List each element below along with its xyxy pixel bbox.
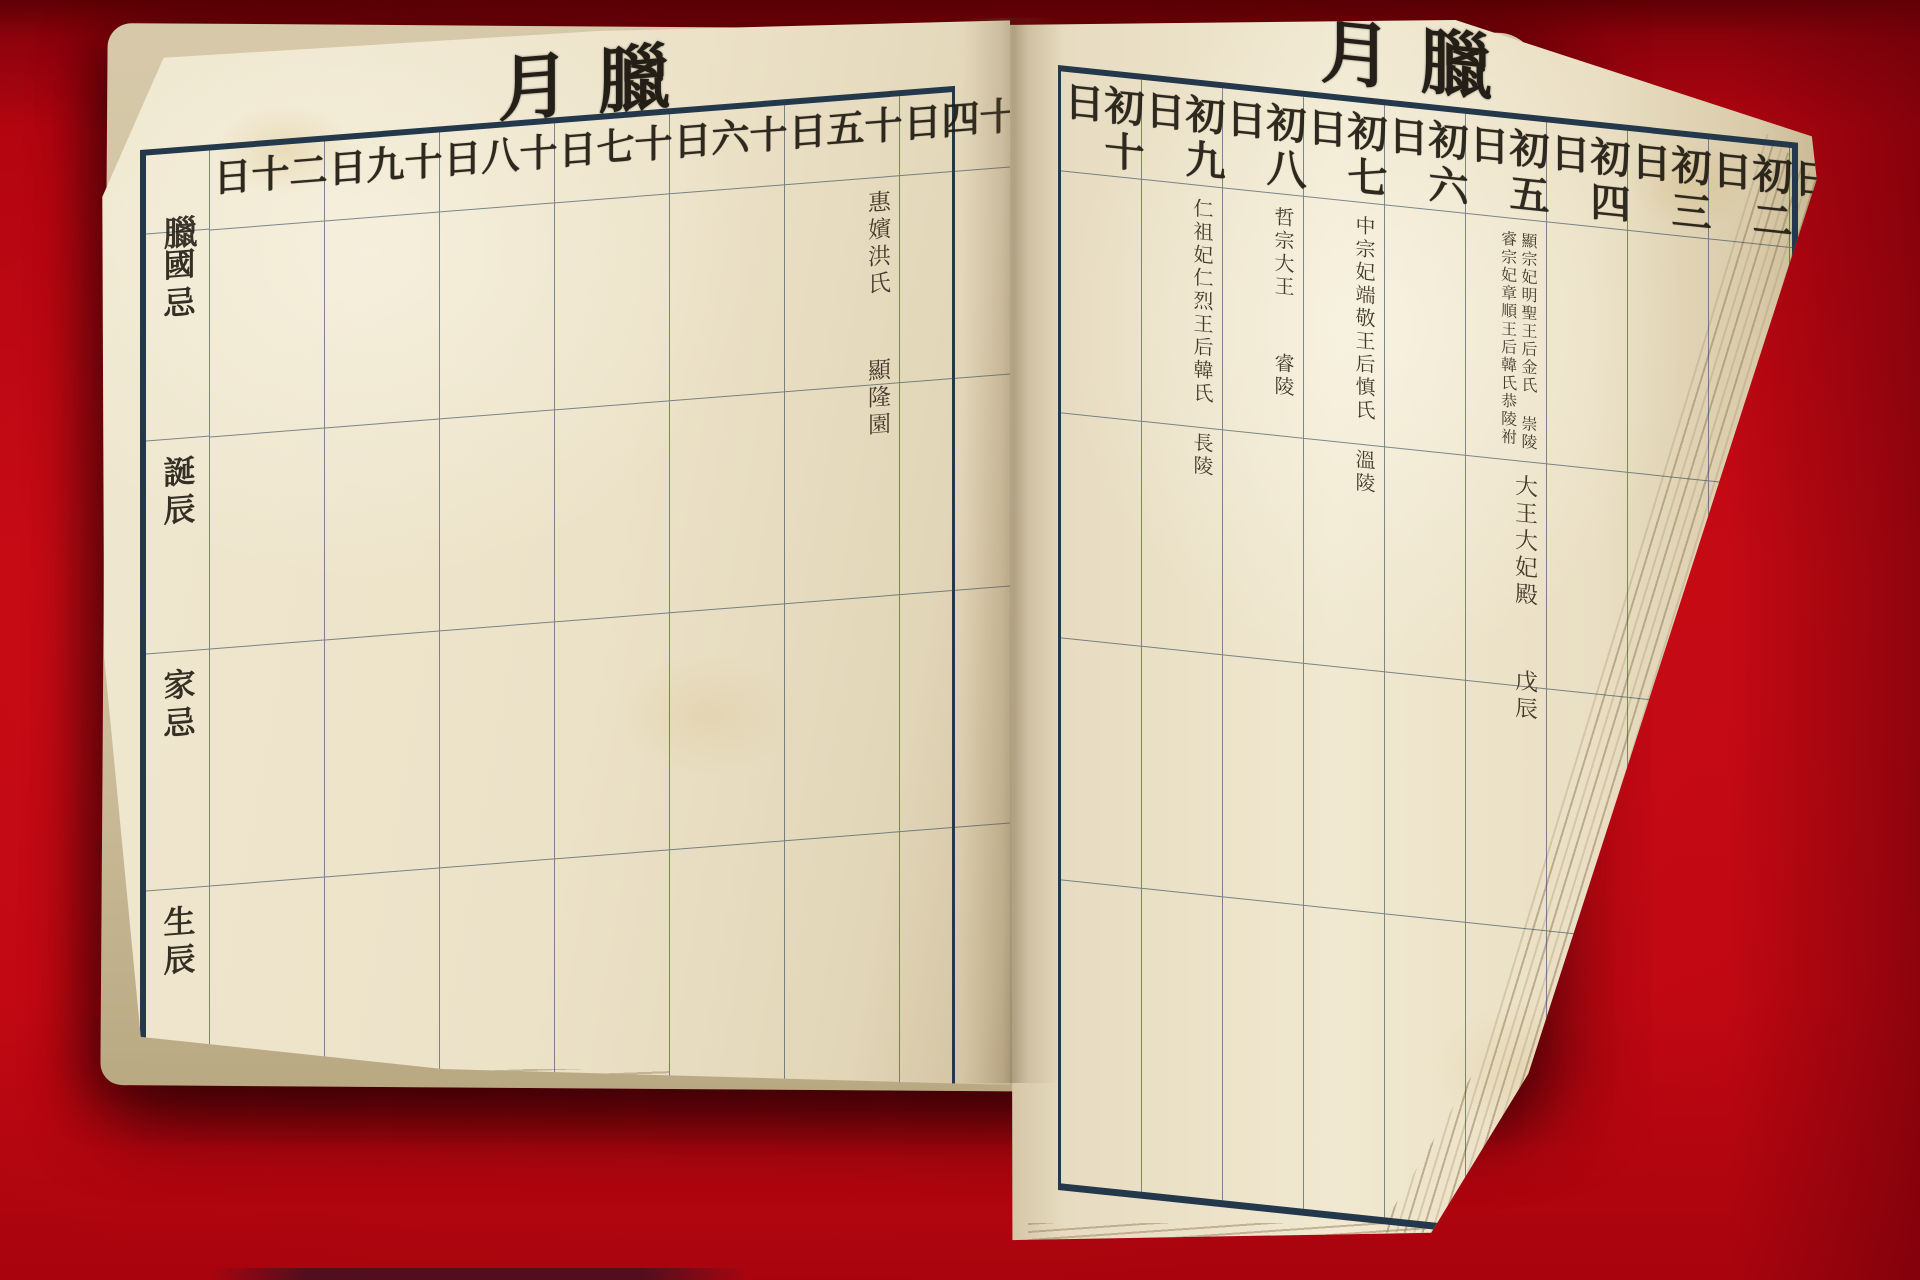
day-header-label: 十六日 bbox=[670, 113, 784, 193]
entry-line: 哲宗大王 睿陵 bbox=[1271, 205, 1294, 399]
day-header-label: 十五日 bbox=[785, 104, 899, 184]
right-page: 臘月 初一日初二日初三日初四日初五日顯宗妃明聖王后金氏 崇陵睿宗妃章順王后韓氏恭… bbox=[1010, 20, 1820, 1245]
table-cell bbox=[1223, 897, 1303, 1209]
table-cell bbox=[325, 868, 439, 1085]
day-header-label: 十九日 bbox=[325, 140, 439, 220]
table-cell bbox=[440, 623, 554, 869]
day-header-cell: 初一日 bbox=[1790, 148, 1820, 256]
table-cell bbox=[1142, 647, 1222, 897]
title-char: 臘 bbox=[1420, 25, 1492, 105]
page-title-right: 臘月 bbox=[1320, 20, 1492, 105]
handwritten-entry: 大王大妃殿 戊辰 bbox=[1509, 472, 1539, 724]
table-cell bbox=[1466, 923, 1546, 1235]
handwritten-entry: 惠嬪洪氏 顯隆園 bbox=[862, 189, 892, 440]
table-cell bbox=[1790, 715, 1820, 965]
day-header-label: 初四日 bbox=[1547, 130, 1627, 229]
table-cell bbox=[1547, 464, 1627, 698]
day-header-cell: 初七日 bbox=[1304, 97, 1384, 205]
day-header-cell: 十四日 bbox=[900, 87, 1010, 176]
day-header-cell: 十九日 bbox=[325, 132, 439, 221]
table-cell bbox=[670, 841, 784, 1085]
table-cell: 哲宗大王 睿陵 bbox=[1223, 188, 1303, 438]
table-cell bbox=[1061, 413, 1141, 647]
row-label: 生辰 bbox=[162, 903, 194, 982]
table-cell bbox=[1547, 222, 1627, 472]
table-cell bbox=[1628, 698, 1708, 948]
table-cell bbox=[1547, 689, 1627, 939]
page-title-left: 臘月 bbox=[498, 40, 670, 126]
table-cell bbox=[1628, 231, 1708, 481]
handwritten-entry: 仁祖妃仁烈王后韓氏 長陵 bbox=[1188, 197, 1215, 480]
table-cell bbox=[325, 420, 439, 641]
day-header-label: 初七日 bbox=[1304, 105, 1384, 204]
left-page-table: 臘月 臘國忌誕辰家忌生辰十一日七代祖妣豊壤趙氏 甲午十二日十三日十四日十五日惠嬪… bbox=[140, 86, 955, 1085]
title-char: 臘 bbox=[598, 40, 670, 118]
row-label: 家忌 bbox=[162, 666, 194, 745]
day-column-5: 初五日顯宗妃明聖王后金氏 崇陵睿宗妃章順王后韓氏恭陵祔大王大妃殿 戊辰 bbox=[1466, 114, 1547, 1235]
day-column-10: 二十日 bbox=[210, 141, 325, 1085]
table-cell bbox=[1628, 940, 1708, 1245]
entry-line: 惠嬪洪氏 顯隆園 bbox=[864, 189, 890, 440]
day-header-cell: 初二日 bbox=[1709, 139, 1789, 247]
day-column-8: 十八日 bbox=[440, 123, 555, 1085]
table-cell bbox=[1223, 655, 1303, 905]
day-column-6: 初六日 bbox=[1385, 105, 1466, 1226]
row-label-cell: 家忌 bbox=[146, 649, 209, 891]
table-cell: 大王大妃殿 戊辰 bbox=[1466, 456, 1546, 690]
table-cell bbox=[1628, 473, 1708, 707]
table-cell bbox=[210, 429, 324, 650]
table-cell bbox=[1061, 880, 1141, 1192]
day-columns: 初一日初二日初三日初四日初五日顯宗妃明聖王后金氏 崇陵睿宗妃章順王后韓氏恭陵祔大… bbox=[1061, 71, 1820, 1245]
day-header-cell: 十六日 bbox=[670, 105, 784, 194]
row-label: 國忌 bbox=[162, 247, 194, 326]
day-header-label: 初二日 bbox=[1709, 147, 1789, 246]
day-header-label: 初五日 bbox=[1466, 122, 1546, 221]
table-cell bbox=[900, 823, 1010, 1085]
title-char: 月 bbox=[1320, 20, 1392, 94]
table-cell bbox=[1385, 914, 1465, 1226]
table-cell bbox=[440, 411, 554, 632]
month-corner-label: 臘 bbox=[153, 213, 202, 251]
day-header-cell: 初三日 bbox=[1628, 131, 1708, 239]
table-cell bbox=[555, 614, 669, 860]
month-corner-cell: 臘 bbox=[146, 151, 209, 235]
day-header-label: 十八日 bbox=[440, 131, 554, 211]
table-cell bbox=[1142, 889, 1222, 1201]
day-column-4: 十四日 bbox=[900, 87, 1010, 1085]
handwritten-entry: 中宗妃端敬王后慎氏 溫陵 bbox=[1350, 214, 1377, 497]
day-header-label: 初十日 bbox=[1061, 79, 1141, 178]
right-page-table: 臘月 初一日初二日初三日初四日初五日顯宗妃明聖王后金氏 崇陵睿宗妃章順王后韓氏恭… bbox=[1058, 65, 1798, 1245]
day-header-label: 十七日 bbox=[555, 122, 669, 202]
table-cell bbox=[440, 203, 554, 419]
table-cell bbox=[1547, 931, 1627, 1243]
table-cell bbox=[555, 194, 669, 410]
row-label-cell: 國忌 bbox=[146, 230, 209, 442]
day-column-2: 初二日 bbox=[1709, 139, 1790, 1245]
day-header-cell: 二十日 bbox=[210, 142, 324, 231]
day-header-cell: 十五日 bbox=[785, 96, 899, 185]
day-header-cell: 初十日 bbox=[1061, 71, 1141, 179]
day-header-cell: 十八日 bbox=[440, 123, 554, 212]
row-label-cell: 誕辰 bbox=[146, 437, 209, 654]
row-label-column: 臘國忌誕辰家忌生辰 bbox=[146, 150, 210, 1085]
day-column-3: 初三日 bbox=[1628, 131, 1709, 1245]
table-cell bbox=[670, 392, 784, 613]
day-column-9: 十九日 bbox=[325, 132, 440, 1085]
table-cell bbox=[325, 212, 439, 428]
table-cell: 惠嬪洪氏 顯隆園 bbox=[785, 176, 899, 392]
entry-line: 睿宗妃章順王后韓氏恭陵祔 bbox=[1498, 229, 1516, 450]
day-column-6: 十六日 bbox=[670, 105, 785, 1085]
table-cell bbox=[1709, 239, 1789, 489]
table-cell bbox=[210, 222, 324, 438]
day-column-7: 十七日 bbox=[555, 114, 670, 1085]
day-header-label: 初三日 bbox=[1628, 139, 1708, 238]
entry-line: 大王大妃殿 戊辰 bbox=[1511, 472, 1537, 724]
handwritten-entry: 哲宗大王 睿陵 bbox=[1269, 205, 1296, 400]
day-header-label: 十四日 bbox=[900, 95, 1010, 175]
day-column-5: 十五日惠嬪洪氏 顯隆園 bbox=[785, 96, 900, 1085]
table-cell bbox=[1385, 205, 1465, 455]
day-header-cell: 初五日 bbox=[1466, 114, 1546, 222]
table-cell bbox=[785, 832, 899, 1085]
day-header-label: 初九日 bbox=[1142, 88, 1222, 187]
table-cell bbox=[900, 586, 1010, 832]
table-cell bbox=[555, 401, 669, 622]
table-cell: 仁祖妃仁烈王后韓氏 長陵 bbox=[1142, 180, 1222, 430]
table-cell bbox=[670, 604, 784, 850]
table-cell: 中宗妃端敬王后慎氏 溫陵 bbox=[1304, 197, 1384, 447]
table-cell: 顯宗妃明聖王后金氏 崇陵睿宗妃章順王后韓氏恭陵祔 bbox=[1466, 214, 1546, 464]
table-cell bbox=[1061, 171, 1141, 421]
table-cell bbox=[670, 185, 784, 401]
photo-canvas: 臘月 臘國忌誕辰家忌生辰十一日七代祖妣豊壤趙氏 甲午十二日十三日十四日十五日惠嬪… bbox=[0, 0, 1920, 1280]
table-cell bbox=[1790, 490, 1820, 724]
table-cell bbox=[1709, 948, 1789, 1245]
table-cell bbox=[785, 595, 899, 841]
left-page: 臘月 臘國忌誕辰家忌生辰十一日七代祖妣豊壤趙氏 甲午十二日十三日十四日十五日惠嬪… bbox=[95, 15, 1010, 1085]
day-column-9: 初九日仁祖妃仁烈王后韓氏 長陵 bbox=[1142, 80, 1223, 1201]
day-header-cell: 初八日 bbox=[1223, 88, 1303, 196]
table-cell bbox=[1385, 447, 1465, 681]
table-cell bbox=[1385, 672, 1465, 922]
table-cell bbox=[1709, 481, 1789, 715]
table-cell bbox=[900, 167, 1010, 383]
day-header-label: 初六日 bbox=[1385, 113, 1465, 212]
table-cell bbox=[440, 859, 554, 1085]
fabric-shadow bbox=[210, 1268, 750, 1280]
table-cell bbox=[555, 850, 669, 1085]
table-cell bbox=[1790, 248, 1820, 498]
entry-line: 顯宗妃明聖王后金氏 崇陵 bbox=[1519, 231, 1537, 452]
entry-line: 仁祖妃仁烈王后韓氏 長陵 bbox=[1190, 197, 1213, 479]
table-cell bbox=[1304, 906, 1384, 1218]
handwritten-entry: 顯宗妃明聖王后金氏 崇陵睿宗妃章順王后韓氏恭陵祔 bbox=[1496, 229, 1539, 452]
table-cell bbox=[900, 374, 1010, 595]
day-header-label: 二十日 bbox=[210, 150, 324, 230]
day-column-7: 初七日中宗妃端敬王后慎氏 溫陵 bbox=[1304, 97, 1385, 1218]
table-cell bbox=[1709, 706, 1789, 956]
day-columns: 十一日七代祖妣豊壤趙氏 甲午十二日十三日十四日十五日惠嬪洪氏 顯隆園十六日十七日… bbox=[210, 60, 1010, 1085]
day-header-cell: 十七日 bbox=[555, 114, 669, 203]
day-header-cell: 初六日 bbox=[1385, 105, 1465, 213]
table-cell bbox=[210, 641, 324, 887]
day-header-cell: 初四日 bbox=[1547, 122, 1627, 230]
table-cell bbox=[1304, 664, 1384, 914]
table-cell bbox=[1790, 957, 1820, 1245]
day-header-label: 初八日 bbox=[1223, 96, 1303, 195]
day-header-cell: 初九日 bbox=[1142, 80, 1222, 188]
entry-line: 中宗妃端敬王后慎氏 溫陵 bbox=[1352, 214, 1375, 496]
row-label: 誕辰 bbox=[162, 454, 194, 533]
day-header-label: 初一日 bbox=[1790, 156, 1820, 255]
day-column-1: 初一日 bbox=[1790, 148, 1820, 1245]
title-char: 月 bbox=[498, 48, 570, 126]
table-cell bbox=[1223, 430, 1303, 664]
day-column-8: 初八日哲宗大王 睿陵 bbox=[1223, 88, 1304, 1209]
table-cell bbox=[325, 632, 439, 878]
day-column-4: 初四日 bbox=[1547, 122, 1628, 1243]
day-column-10: 初十日 bbox=[1061, 71, 1142, 1192]
table-cell bbox=[1061, 638, 1141, 888]
